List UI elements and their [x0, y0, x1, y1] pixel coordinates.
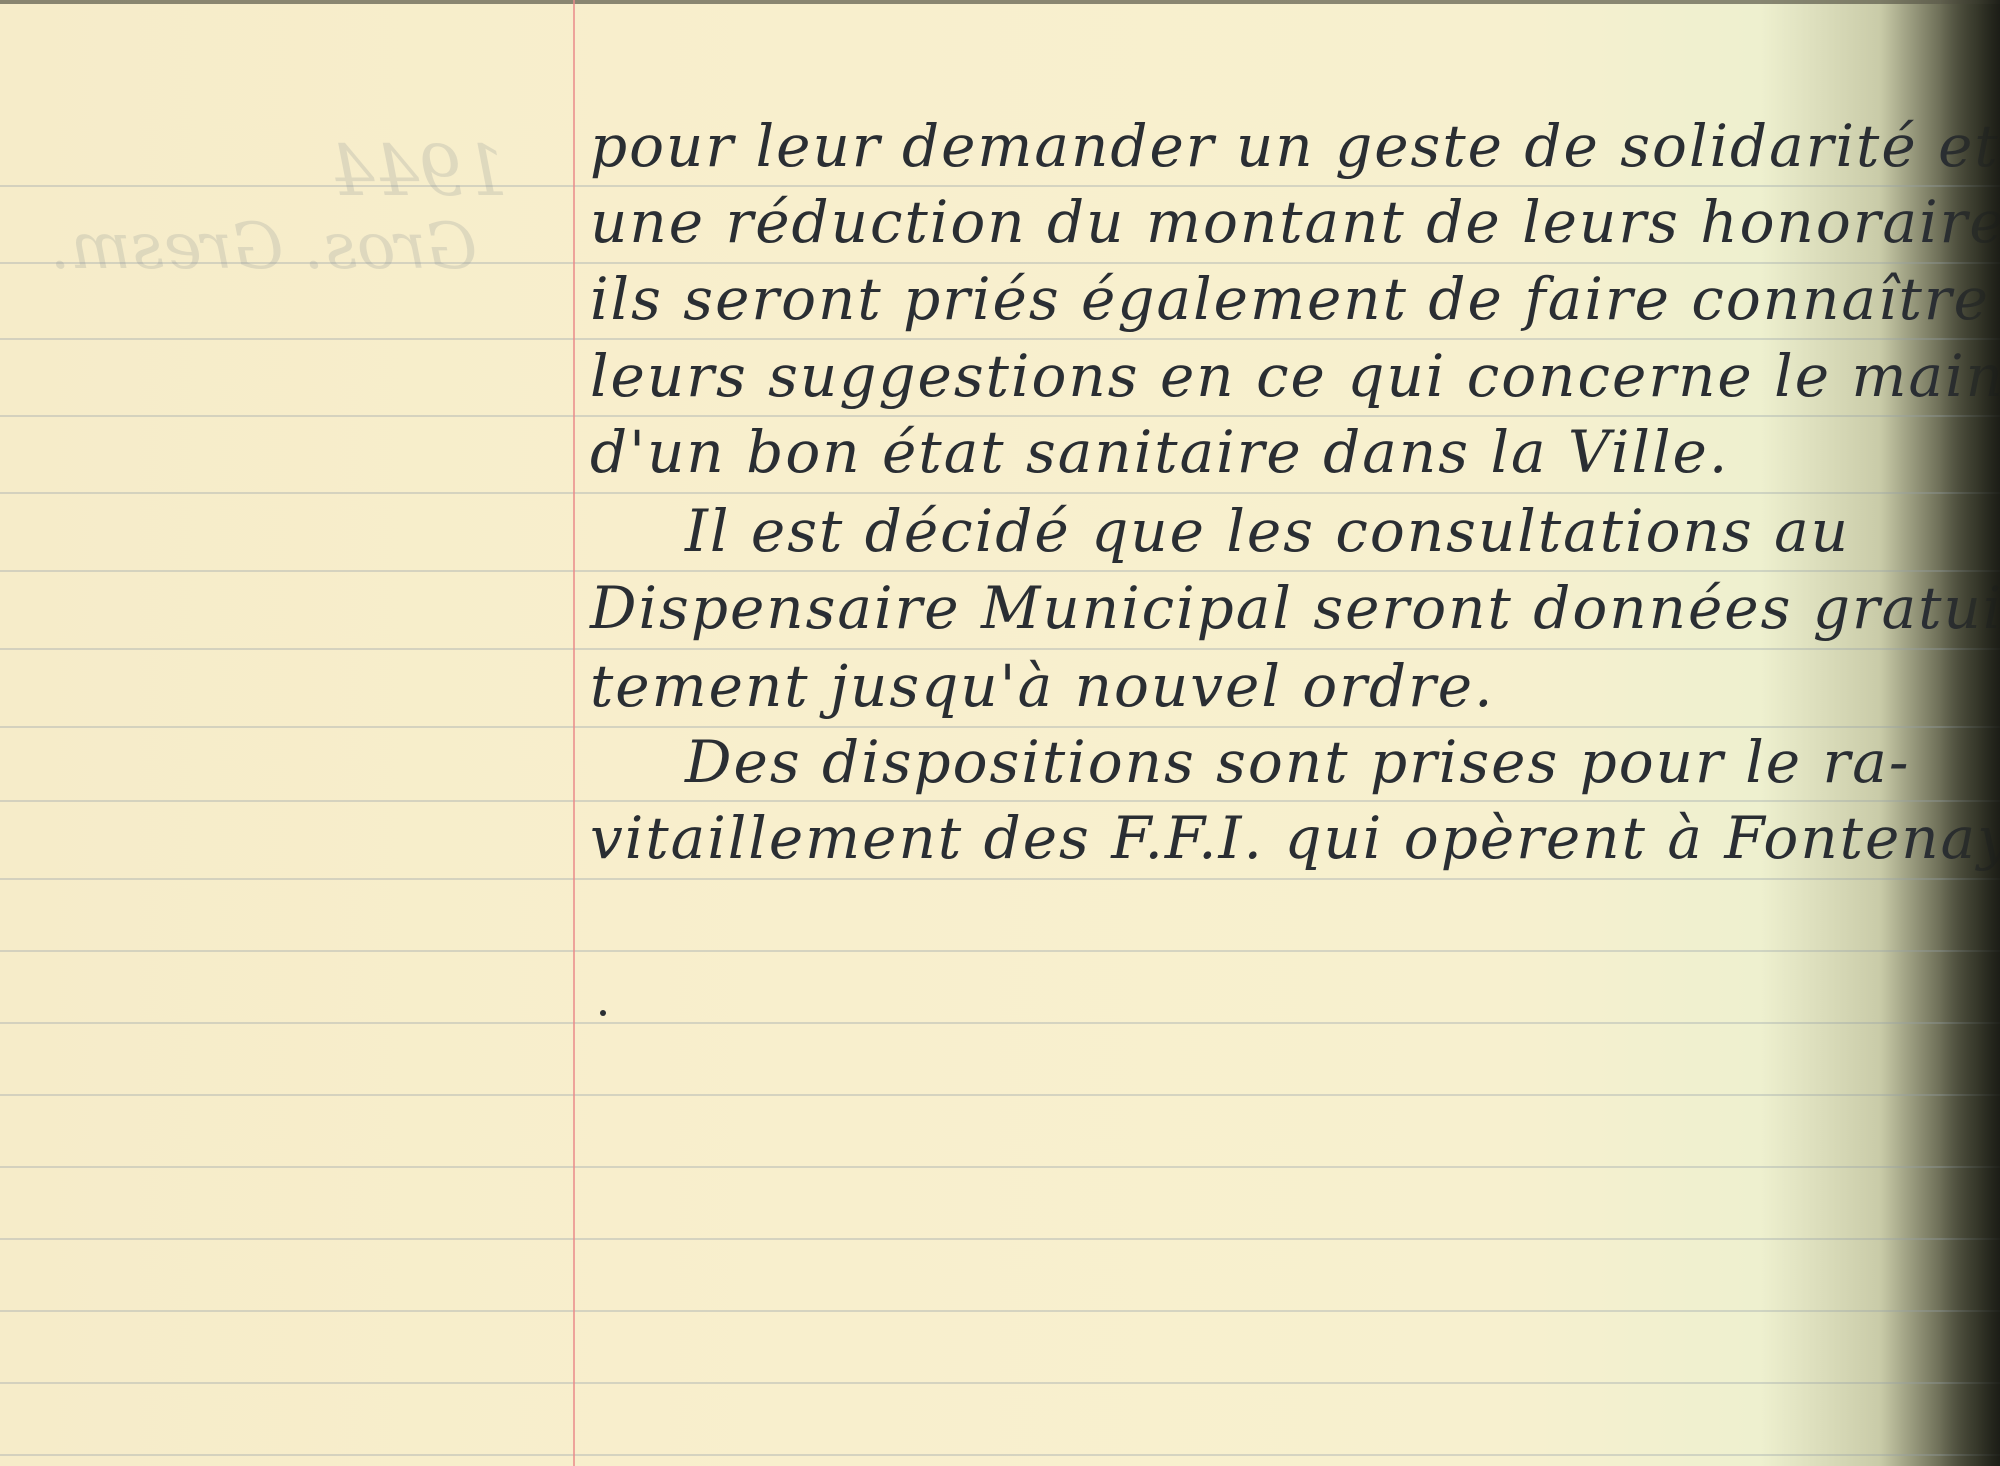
ruled-line — [0, 1094, 2000, 1096]
ruled-line — [0, 415, 2000, 417]
page-top-edge — [0, 0, 2000, 4]
margin-line — [573, 0, 575, 1466]
ruled-line — [0, 492, 2000, 494]
text-line: Il est décidé que les consultations au — [685, 497, 1850, 565]
ledger-page: 1944 Gros. Gresm. pour leur demander un … — [0, 0, 2000, 1466]
ruled-line — [0, 338, 2000, 340]
text-line: pour leur demander un geste de solidarit… — [590, 112, 2000, 180]
ruled-line — [0, 1310, 2000, 1312]
ruled-line — [0, 1022, 2000, 1024]
ruled-line — [0, 878, 2000, 880]
text-line: une réduction du montant de leurs honora… — [590, 188, 2000, 256]
bleed-through-text: Gros. Gresm. — [50, 210, 477, 284]
text-line: Des dispositions sont prises pour le ra- — [685, 728, 1910, 796]
ruled-line — [0, 570, 2000, 572]
ruled-line — [0, 1166, 2000, 1168]
ruled-line — [0, 1454, 2000, 1456]
bleed-through-year: 1944 — [330, 130, 508, 212]
ruled-line — [0, 800, 2000, 802]
text-line: ils seront priés également de faire conn… — [590, 265, 1990, 333]
ink-dot — [600, 1010, 606, 1016]
text-line: tement jusqu'à nouvel ordre. — [590, 652, 1495, 720]
ruled-line — [0, 1238, 2000, 1240]
ruled-line — [0, 648, 2000, 650]
text-line: leurs suggestions en ce qui concerne le … — [590, 342, 2000, 410]
text-line: vitaillement des F.F.I. qui opèrent à Fo… — [590, 804, 2000, 872]
ruled-line — [0, 950, 2000, 952]
text-line: Dispensaire Municipal seront données gra… — [590, 574, 2000, 642]
text-line: d'un bon état sanitaire dans la Ville. — [590, 418, 1729, 486]
page-edge-shadow — [1940, 0, 2000, 1466]
ruled-line — [0, 185, 2000, 187]
ruled-line — [0, 1382, 2000, 1384]
